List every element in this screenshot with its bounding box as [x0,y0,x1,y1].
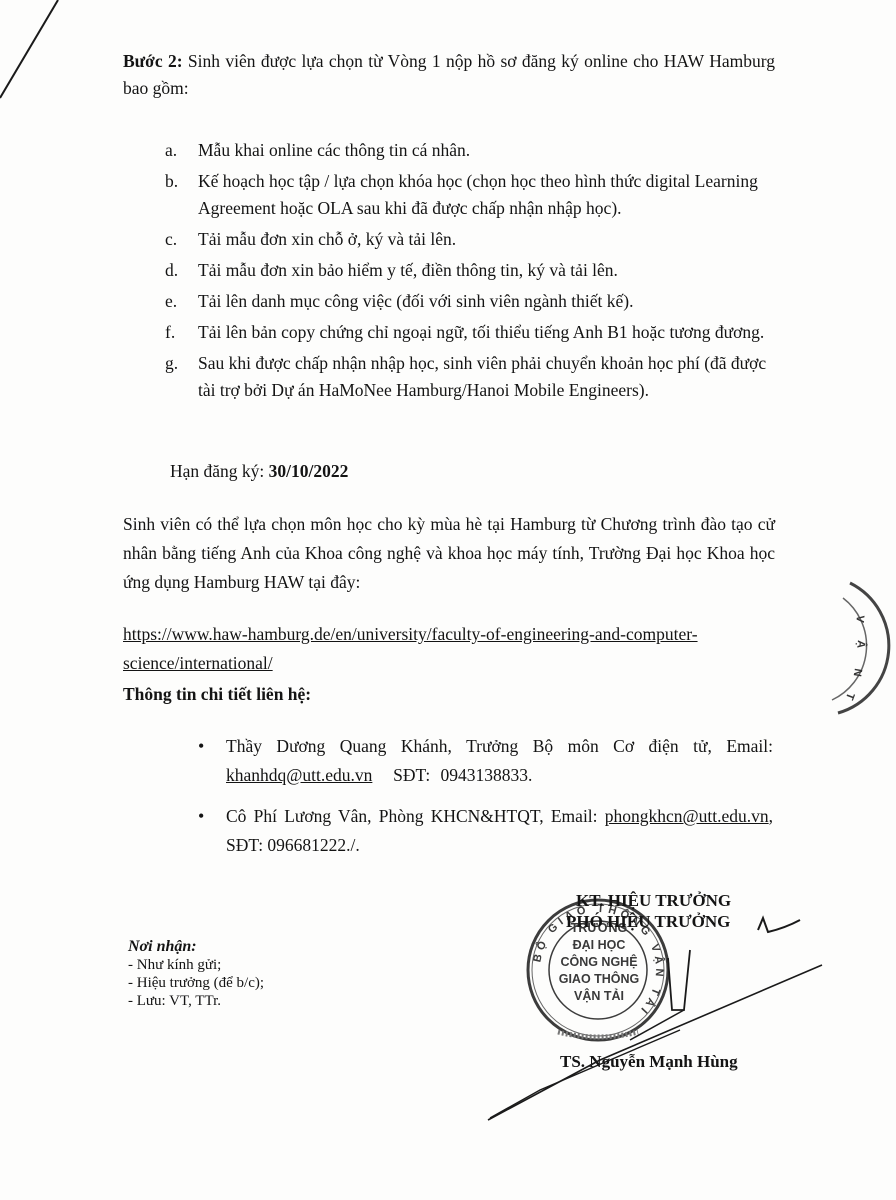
deadline-date: 30/10/2022 [269,461,349,481]
bullet-icon: • [198,802,204,831]
svg-text:N: N [851,667,864,677]
contacts-list: • Thầy Dương Quang Khánh, Trưởng Bộ môn … [198,732,773,872]
email-link[interactable]: phongkhcn@utt.edu.vn [605,806,769,826]
step-label: Bước 2: [123,51,183,71]
bullet-icon: • [198,732,204,761]
deadline-label: Hạn đăng ký: [170,461,269,481]
requirement-item: f.Tải lên bản copy chứng chỉ ngoại ngữ, … [165,319,785,346]
requirement-item: d.Tải mẫu đơn xin bảo hiểm y tế, điền th… [165,257,785,284]
recipients-block: Nơi nhận: - Như kính gửi; - Hiệu trưởng … [128,938,264,1010]
contact-heading: Thông tin chi tiết liên hệ: [123,681,311,708]
recipient-item: - Lưu: VT, TTr. [128,992,264,1010]
requirement-item: e.Tải lên danh mục công việc (đối với si… [165,288,785,315]
contact-item: • Cô Phí Lương Vân, Phòng KHCN&HTQT, Ema… [198,802,773,860]
haw-hamburg-link[interactable]: https://www.haw-hamburg.de/en/university… [123,620,783,678]
registration-deadline: Hạn đăng ký: 30/10/2022 [170,458,348,485]
step-text: Sinh viên được lựa chọn từ Vòng 1 nộp hồ… [123,51,775,98]
requirement-item: c.Tải mẫu đơn xin chỗ ở, ký và tải lên. [165,226,785,253]
recipients-title: Nơi nhận: [128,938,264,956]
course-selection-paragraph: Sinh viên có thể lựa chọn môn học cho kỳ… [123,510,775,597]
requirements-list: a.Mẫu khai online các thông tin cá nhân.… [165,137,785,408]
email-link[interactable]: khanhdq@utt.edu.vn [226,765,372,785]
signature-title-line-1: KT. HIỆU TRƯỞNG [576,890,731,912]
step-2-paragraph: Bước 2: Sinh viên được lựa chọn từ Vòng … [123,48,775,102]
svg-text:Ậ: Ậ [854,640,868,649]
requirement-item: a.Mẫu khai online các thông tin cá nhân. [165,137,785,164]
recipient-item: - Như kính gửi; [128,956,264,974]
signer-name: TS. Nguyễn Mạnh Hùng [560,1052,738,1072]
requirement-item: b.Kế hoạch học tập / lựa chọn khóa học (… [165,168,785,222]
svg-text:T: T [843,691,857,702]
contact-item: • Thầy Dương Quang Khánh, Trưởng Bộ môn … [198,732,773,790]
svg-text:V: V [853,615,866,624]
requirement-item: g.Sau khi được chấp nhận nhập học, sinh … [165,350,785,404]
recipient-item: - Hiệu trưởng (để b/c); [128,974,264,992]
signature-title-line-2: PHÓ HIỆU TRƯỞNG [566,911,730,933]
document-page: V Ậ N T Bước 2: Sinh viên được lựa chọn … [0,0,896,1200]
